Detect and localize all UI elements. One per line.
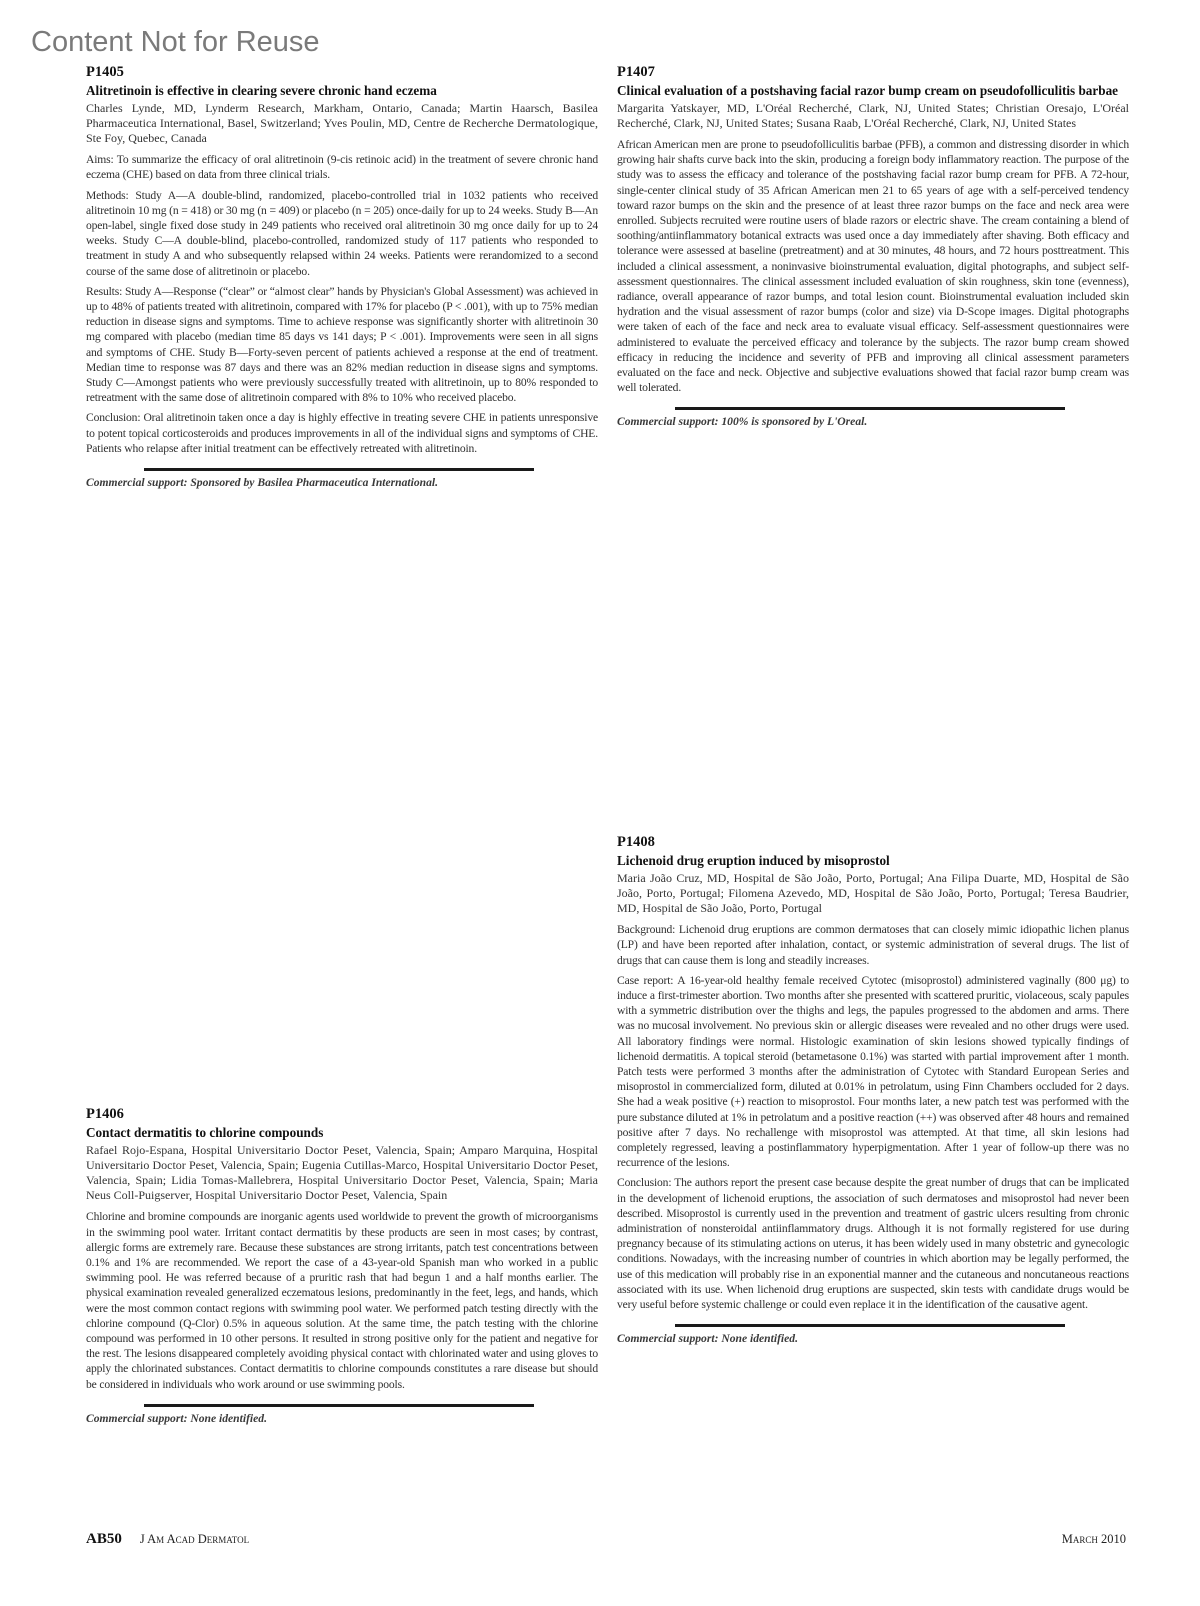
abstract-authors: Maria João Cruz, MD, Hospital de São Joã…: [617, 871, 1129, 917]
abstract-p1406: P1406 Contact dermatitis to chlorine com…: [86, 1106, 598, 1426]
issue-date: March 2010: [1062, 1532, 1126, 1547]
abstract-p1408: P1408 Lichenoid drug eruption induced by…: [617, 834, 1129, 1346]
commercial-support: Commercial support: Sponsored by Basilea…: [86, 475, 598, 490]
commercial-support: Commercial support: 100% is sponsored by…: [617, 414, 1129, 429]
abstract-title: Clinical evaluation of a postshaving fac…: [617, 83, 1129, 99]
page-number: AB50: [86, 1531, 122, 1547]
watermark: Content Not for Reuse: [31, 28, 320, 57]
commercial-support: Commercial support: None identified.: [86, 1411, 598, 1426]
abstract-results: Results: Study A—Response (“clear” or “a…: [86, 284, 598, 406]
abstract-title: Alitretinoin is effective in clearing se…: [86, 83, 598, 99]
commercial-support: Commercial support: None identified.: [617, 1331, 1129, 1346]
abstract-id: P1406: [86, 1106, 598, 1123]
abstract-authors: Charles Lynde, MD, Lynderm Research, Mar…: [86, 101, 598, 147]
abstract-id: P1405: [86, 64, 598, 81]
abstract-case-report: Case report: A 16-year-old healthy femal…: [617, 973, 1129, 1171]
page-footer: AB50 J Am Acad Dermatol March 2010: [86, 1530, 1126, 1550]
abstract-conclusion: Conclusion: Oral alitretinoin taken once…: [86, 410, 598, 456]
abstract-methods: Methods: Study A—A double-blind, randomi…: [86, 188, 598, 279]
abstract-p1405: P1405 Alitretinoin is effective in clear…: [86, 64, 598, 490]
abstract-body: African American men are prone to pseudo…: [617, 137, 1129, 395]
abstract-title: Contact dermatitis to chlorine compounds: [86, 1125, 598, 1141]
abstract-title: Lichenoid drug eruption induced by misop…: [617, 853, 1129, 869]
abstract-background: Background: Lichenoid drug eruptions are…: [617, 922, 1129, 968]
journal-name: J Am Acad Dermatol: [140, 1532, 249, 1546]
abstract-id: P1408: [617, 834, 1129, 851]
abstract-id: P1407: [617, 64, 1129, 81]
divider-rule: [675, 407, 1065, 410]
abstract-body: Chlorine and bromine compounds are inorg…: [86, 1209, 598, 1391]
abstract-authors: Rafael Rojo-Espana, Hospital Universitar…: [86, 1143, 598, 1204]
divider-rule: [144, 468, 534, 471]
abstract-conclusion: Conclusion: The authors report the prese…: [617, 1175, 1129, 1312]
abstract-aims: Aims: To summarize the efficacy of oral …: [86, 152, 598, 182]
abstract-authors: Margarita Yatskayer, MD, L'Oréal Recherc…: [617, 101, 1129, 131]
divider-rule: [675, 1324, 1065, 1327]
abstract-p1407: P1407 Clinical evaluation of a postshavi…: [617, 64, 1129, 429]
divider-rule: [144, 1404, 534, 1407]
